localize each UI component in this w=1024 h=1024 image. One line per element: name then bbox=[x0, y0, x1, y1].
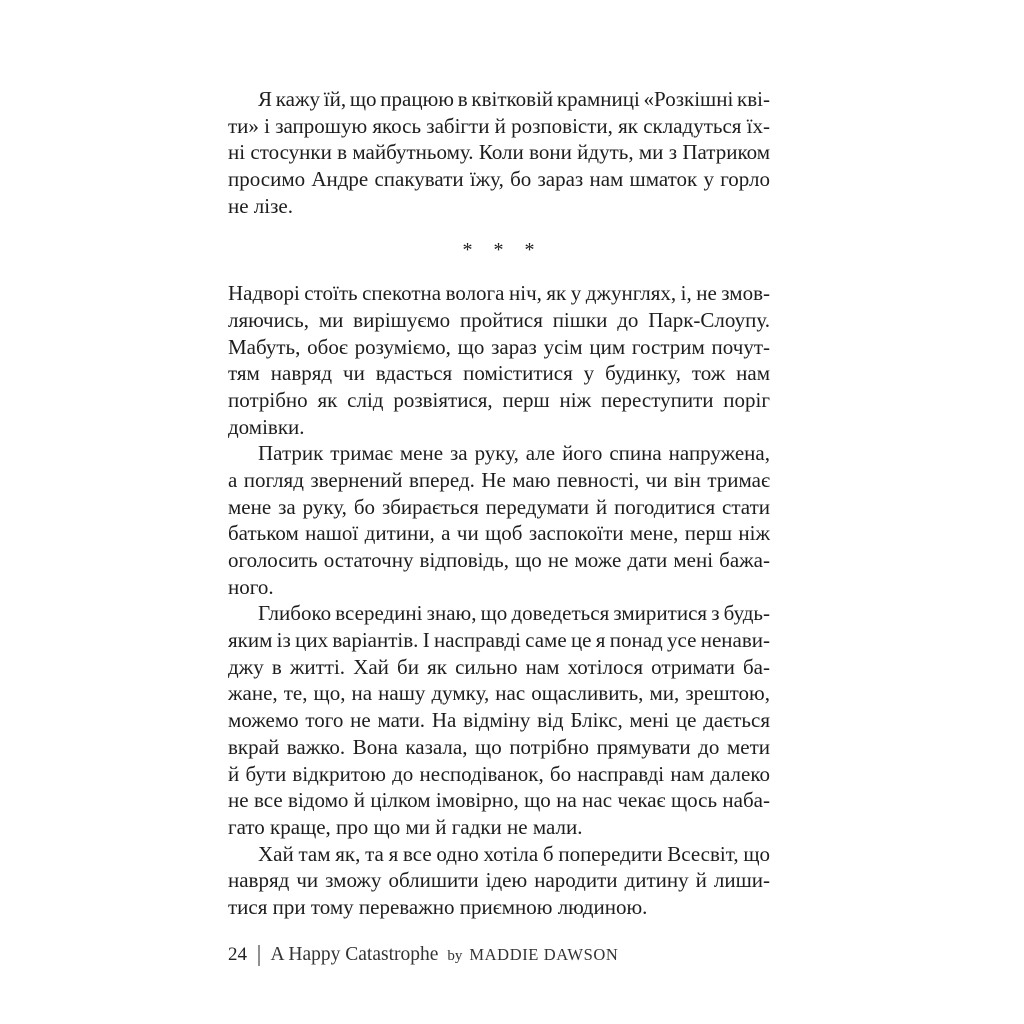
text-line: Патрик тримає мене за руку, але його спи… bbox=[228, 440, 770, 467]
text-line: не лізе. bbox=[228, 193, 770, 220]
text-line: Надворі стоїть спекотна волога ніч, як у… bbox=[228, 280, 770, 307]
text-line: Глибоко всередині знаю, що доведеться зм… bbox=[228, 600, 770, 627]
text-line: яким із цих варіантів. І насправді саме … bbox=[228, 627, 770, 654]
text-line: тям навряд чи вдасться поміститися у буд… bbox=[228, 360, 770, 387]
text-line: Мабуть, обоє розуміємо, що зараз усім ци… bbox=[228, 334, 770, 361]
text-line: навряд чи зможу облишити ідею народити д… bbox=[228, 867, 770, 894]
text-line: домівки. bbox=[228, 414, 770, 441]
book-page: Я кажу їй, що працюю в квітковій крамниц… bbox=[0, 0, 1024, 1024]
text-line: Хай там як, та я все одно хотіла б попер… bbox=[228, 841, 770, 868]
text-line: а погляд звернений вперед. Не маю певнос… bbox=[228, 467, 770, 494]
text-line: Я кажу їй, що працюю в квітковій крамниц… bbox=[228, 86, 770, 113]
paragraph: Хай там як, та я все одно хотіла б попер… bbox=[228, 841, 770, 921]
book-title: A Happy Catastrophe bbox=[271, 944, 439, 966]
text-line: ні стосунки в майбутньому. Коли вони йду… bbox=[228, 139, 770, 166]
paragraph: Патрик тримає мене за руку, але його спи… bbox=[228, 440, 770, 600]
text-line: й бути відкритою до несподіванок, бо нас… bbox=[228, 761, 770, 788]
text-line: гато краще, про що ми й гадки не мали. bbox=[228, 814, 770, 841]
page-number: 24 bbox=[228, 944, 247, 966]
text-line: вкрай важко. Вона казала, що потрібно пр… bbox=[228, 734, 770, 761]
by-label: by bbox=[447, 948, 462, 965]
page-text: Я кажу їй, що працюю в квітковій крамниц… bbox=[228, 86, 770, 921]
text-line: ляючись, ми вирішуємо пройтися пішки до … bbox=[228, 307, 770, 334]
text-line: не все відомо й цілком імовірно, що на н… bbox=[228, 787, 770, 814]
text-line: ти» і запрошую якось забігти й розповіст… bbox=[228, 113, 770, 140]
author-name: MADDIE DAWSON bbox=[469, 945, 618, 965]
text-line: просимо Андре спакувати їжу, бо зараз на… bbox=[228, 166, 770, 193]
text-line: мене за руку, бо збирається передумати й… bbox=[228, 494, 770, 521]
text-line: оголосить остаточну відповідь, що не мож… bbox=[228, 547, 770, 574]
text-line: джу в житті. Хай би як сильно нам хотіло… bbox=[228, 654, 770, 681]
paragraph: Я кажу їй, що працюю в квітковій крамниц… bbox=[228, 86, 770, 219]
text-line: можемо того не мати. На відміну від Блік… bbox=[228, 707, 770, 734]
text-line: ного. bbox=[228, 574, 770, 601]
paragraph: Глибоко всередині знаю, що доведеться зм… bbox=[228, 600, 770, 840]
text-line: жане, те, що, на нашу думку, нас ощаслив… bbox=[228, 680, 770, 707]
text-line: батьком нашої дитини, а чи щоб заспокоїт… bbox=[228, 520, 770, 547]
paragraph: Надворі стоїть спекотна волога ніч, як у… bbox=[228, 280, 770, 440]
section-separator: * * * bbox=[228, 237, 770, 264]
text-line: потрібно як слід розвіятися, перш ніж пе… bbox=[228, 387, 770, 414]
footer-divider-bar bbox=[258, 945, 260, 966]
page-footer: 24 A Happy Catastrophe by MADDIE DAWSON bbox=[228, 944, 788, 966]
text-line: тися при тому переважно приємною людиною… bbox=[228, 894, 770, 921]
